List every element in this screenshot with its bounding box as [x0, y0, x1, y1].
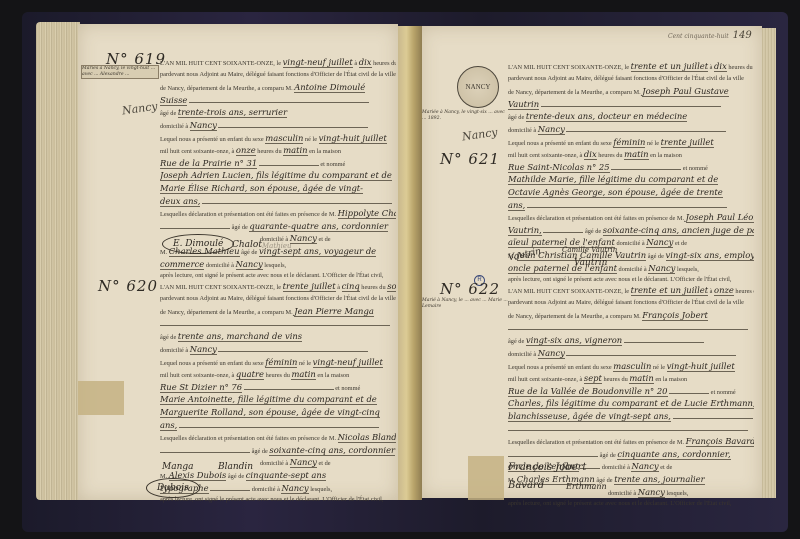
record-date: trente et un juillet	[631, 61, 709, 72]
child-name: Joseph Adrien Lucien, fils légitime du c…	[160, 170, 392, 181]
signature-witness: Blandin	[218, 462, 253, 472]
mother-name: Marie Élise Richard, son épouse, âgée de…	[160, 183, 363, 194]
page-edges-right	[762, 28, 776, 498]
signature-declarant: E. Dimoulé	[162, 234, 234, 254]
declarant-name: Joseph Paul Gustave	[642, 86, 729, 97]
child-sex: masculin	[265, 133, 303, 144]
birth-address: Rue Saint-Nicolas n° 25	[508, 162, 610, 173]
birth-record-620: L'AN MIL HUIT CENT SOIXANTE-ONZE, le tre…	[160, 280, 396, 507]
birth-record-622: L'AN MIL HUIT CENT SOIXANTE-ONZE, le tre…	[508, 284, 754, 511]
record-date: trente juillet	[283, 281, 336, 292]
folio-note: Cent cinquante-huit	[668, 33, 729, 40]
declarant-name: Antoine Dimoulé	[294, 82, 365, 93]
witness-name: Nicolas Blandin	[338, 432, 396, 443]
signature-witness: Camille Vautrin	[562, 246, 617, 254]
birth-address: Rue St Dizier n° 76	[160, 382, 242, 393]
entry-number: N° 620	[98, 277, 158, 295]
signature-declarant: François Jobert	[508, 462, 586, 473]
signature-witness: Chalot	[232, 240, 262, 250]
entry-number: N° 622	[440, 280, 500, 298]
margin-annotation: Mariée à Nancy, le vingt-six ... avec ..…	[422, 110, 506, 122]
child-sex: féminin	[265, 357, 297, 368]
entry-number: N° 621	[440, 150, 500, 168]
page-edges-left	[36, 22, 80, 500]
birth-address: Rue de la Prairie n° 31	[160, 158, 257, 169]
municipal-seal: NANCY	[457, 66, 499, 108]
signature-witness: Bavard	[508, 480, 544, 491]
margin-annotation: Marié à Nancy, le ... avec ... Marie ...…	[422, 298, 512, 310]
mother-name: blanchisseuse, âgée de vingt-sept ans,	[508, 411, 671, 422]
repair-tape	[78, 381, 124, 415]
record-date: trente et un juillet	[631, 285, 709, 296]
signature-witness: Erthmann	[566, 482, 607, 491]
repair-tape	[468, 456, 504, 500]
signature-witness: Vautrin	[574, 258, 607, 268]
child-sex: féminin	[613, 137, 645, 148]
mother-name: Octavie Agnès George, son épouse, âgée d…	[508, 187, 723, 198]
witness-name: Hippolyte Chalot	[338, 208, 396, 219]
folio-number: Cent cinquante-huit149	[668, 30, 752, 41]
witness-name: François Bavard	[686, 436, 754, 447]
child-name: Marie Antoinette, fille légitime du comp…	[160, 394, 377, 405]
birth-record-621: L'AN MIL HUIT CENT SOIXANTE-ONZE, le tre…	[508, 60, 754, 287]
book-gutter	[398, 26, 422, 500]
margin-annotation: Mariés à Nancy, le vingt-huit ... avec .…	[82, 66, 158, 78]
declarant-name: Jean Pierre Manga	[294, 306, 374, 317]
child-sex: masculin	[613, 361, 651, 372]
folio-page: 149	[733, 30, 752, 41]
record-date: vingt-neuf juillet	[283, 57, 353, 68]
child-name: Mathilde Marie, fille légitime du compar…	[508, 174, 718, 185]
signature-witness: Dubois	[146, 478, 200, 498]
seal-text: NANCY	[466, 83, 491, 91]
mother-name: Marguerite Rolland, son épouse, âgée de …	[160, 407, 380, 418]
signature-declarant: Manga	[162, 462, 194, 472]
declarant-name: François Jobert	[642, 310, 708, 321]
signature-witness: Mathieu	[262, 242, 292, 250]
witness-name: Joseph Paul Léon	[686, 212, 754, 223]
birth-address: Rue de la Vallée de Boudonville n° 20	[508, 386, 668, 397]
child-name: Charles, fils légitime du comparant et d…	[508, 398, 754, 409]
